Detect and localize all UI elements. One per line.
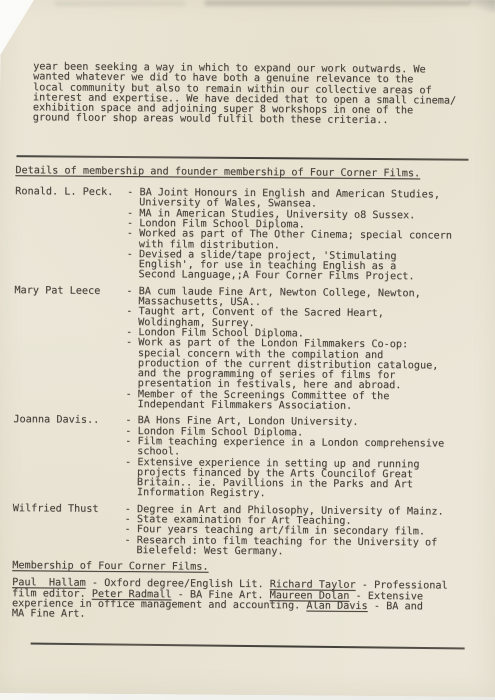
member-items: - Degree in Art and Philosophy, Universi… [124, 505, 450, 559]
intro-paragraph: year been seeking a way in which to expa… [33, 62, 469, 127]
member-items: - BA Joint Honours in English and Americ… [127, 188, 454, 283]
membership-paragraph: Paul Hallam - Oxford degree/English Lit.… [12, 579, 460, 624]
member-item: - Member of the Screenings Committee of … [125, 390, 451, 413]
horizontal-rule-bottom [31, 642, 465, 649]
member-name-underlined: Alan Davis [306, 601, 367, 612]
member-items: - BA Hons Fine Art, London University.- … [125, 416, 452, 501]
member-items: - BA cum laude Fine Art, Newton College,… [125, 287, 452, 413]
member-row: Wilfried Thust- Degree in Art and Philos… [12, 504, 495, 559]
scan-artifact-corner-mark [468, 0, 495, 13]
member-row: Joanna Davis..- BA Hons Fine Art, London… [13, 415, 495, 501]
scan-artifact-top-smudge [205, 1, 470, 5]
member-name: Mary Pat Leece [13, 286, 126, 410]
member-row: Ronald. L. Peck.- BA Joint Honours in En… [15, 187, 495, 283]
member-name: Ronald. L. Peck. [15, 187, 128, 281]
member-item: - Extensive experience in setting up and… [125, 458, 451, 502]
horizontal-rule-top [16, 155, 468, 161]
member-row: Mary Pat Leece- BA cum laude Fine Art, N… [13, 286, 495, 413]
member-item: - Work as part of the London Filmmakers … [126, 338, 452, 392]
document-page: year been seeking a way in which to expa… [0, 0, 495, 697]
details-heading: Details of membership and founder member… [15, 166, 495, 180]
membership-heading: Membership of Four Corner Films. [12, 561, 495, 575]
member-item: - Research into film teaching for the Un… [124, 536, 450, 559]
scan-artifact-top-smudge-left [55, 2, 185, 5]
member-name: Wilfried Thust [12, 504, 124, 556]
members-list: Ronald. L. Peck.- BA Joint Honours in En… [12, 187, 495, 559]
scanner-background: year been seeking a way in which to expa… [0, 0, 495, 700]
member-item: - Devised a slide/tape project, 'Stimula… [127, 250, 453, 283]
member-name: Joanna Davis.. [13, 415, 126, 498]
page-content: year been seeking a way in which to expa… [0, 0, 495, 649]
